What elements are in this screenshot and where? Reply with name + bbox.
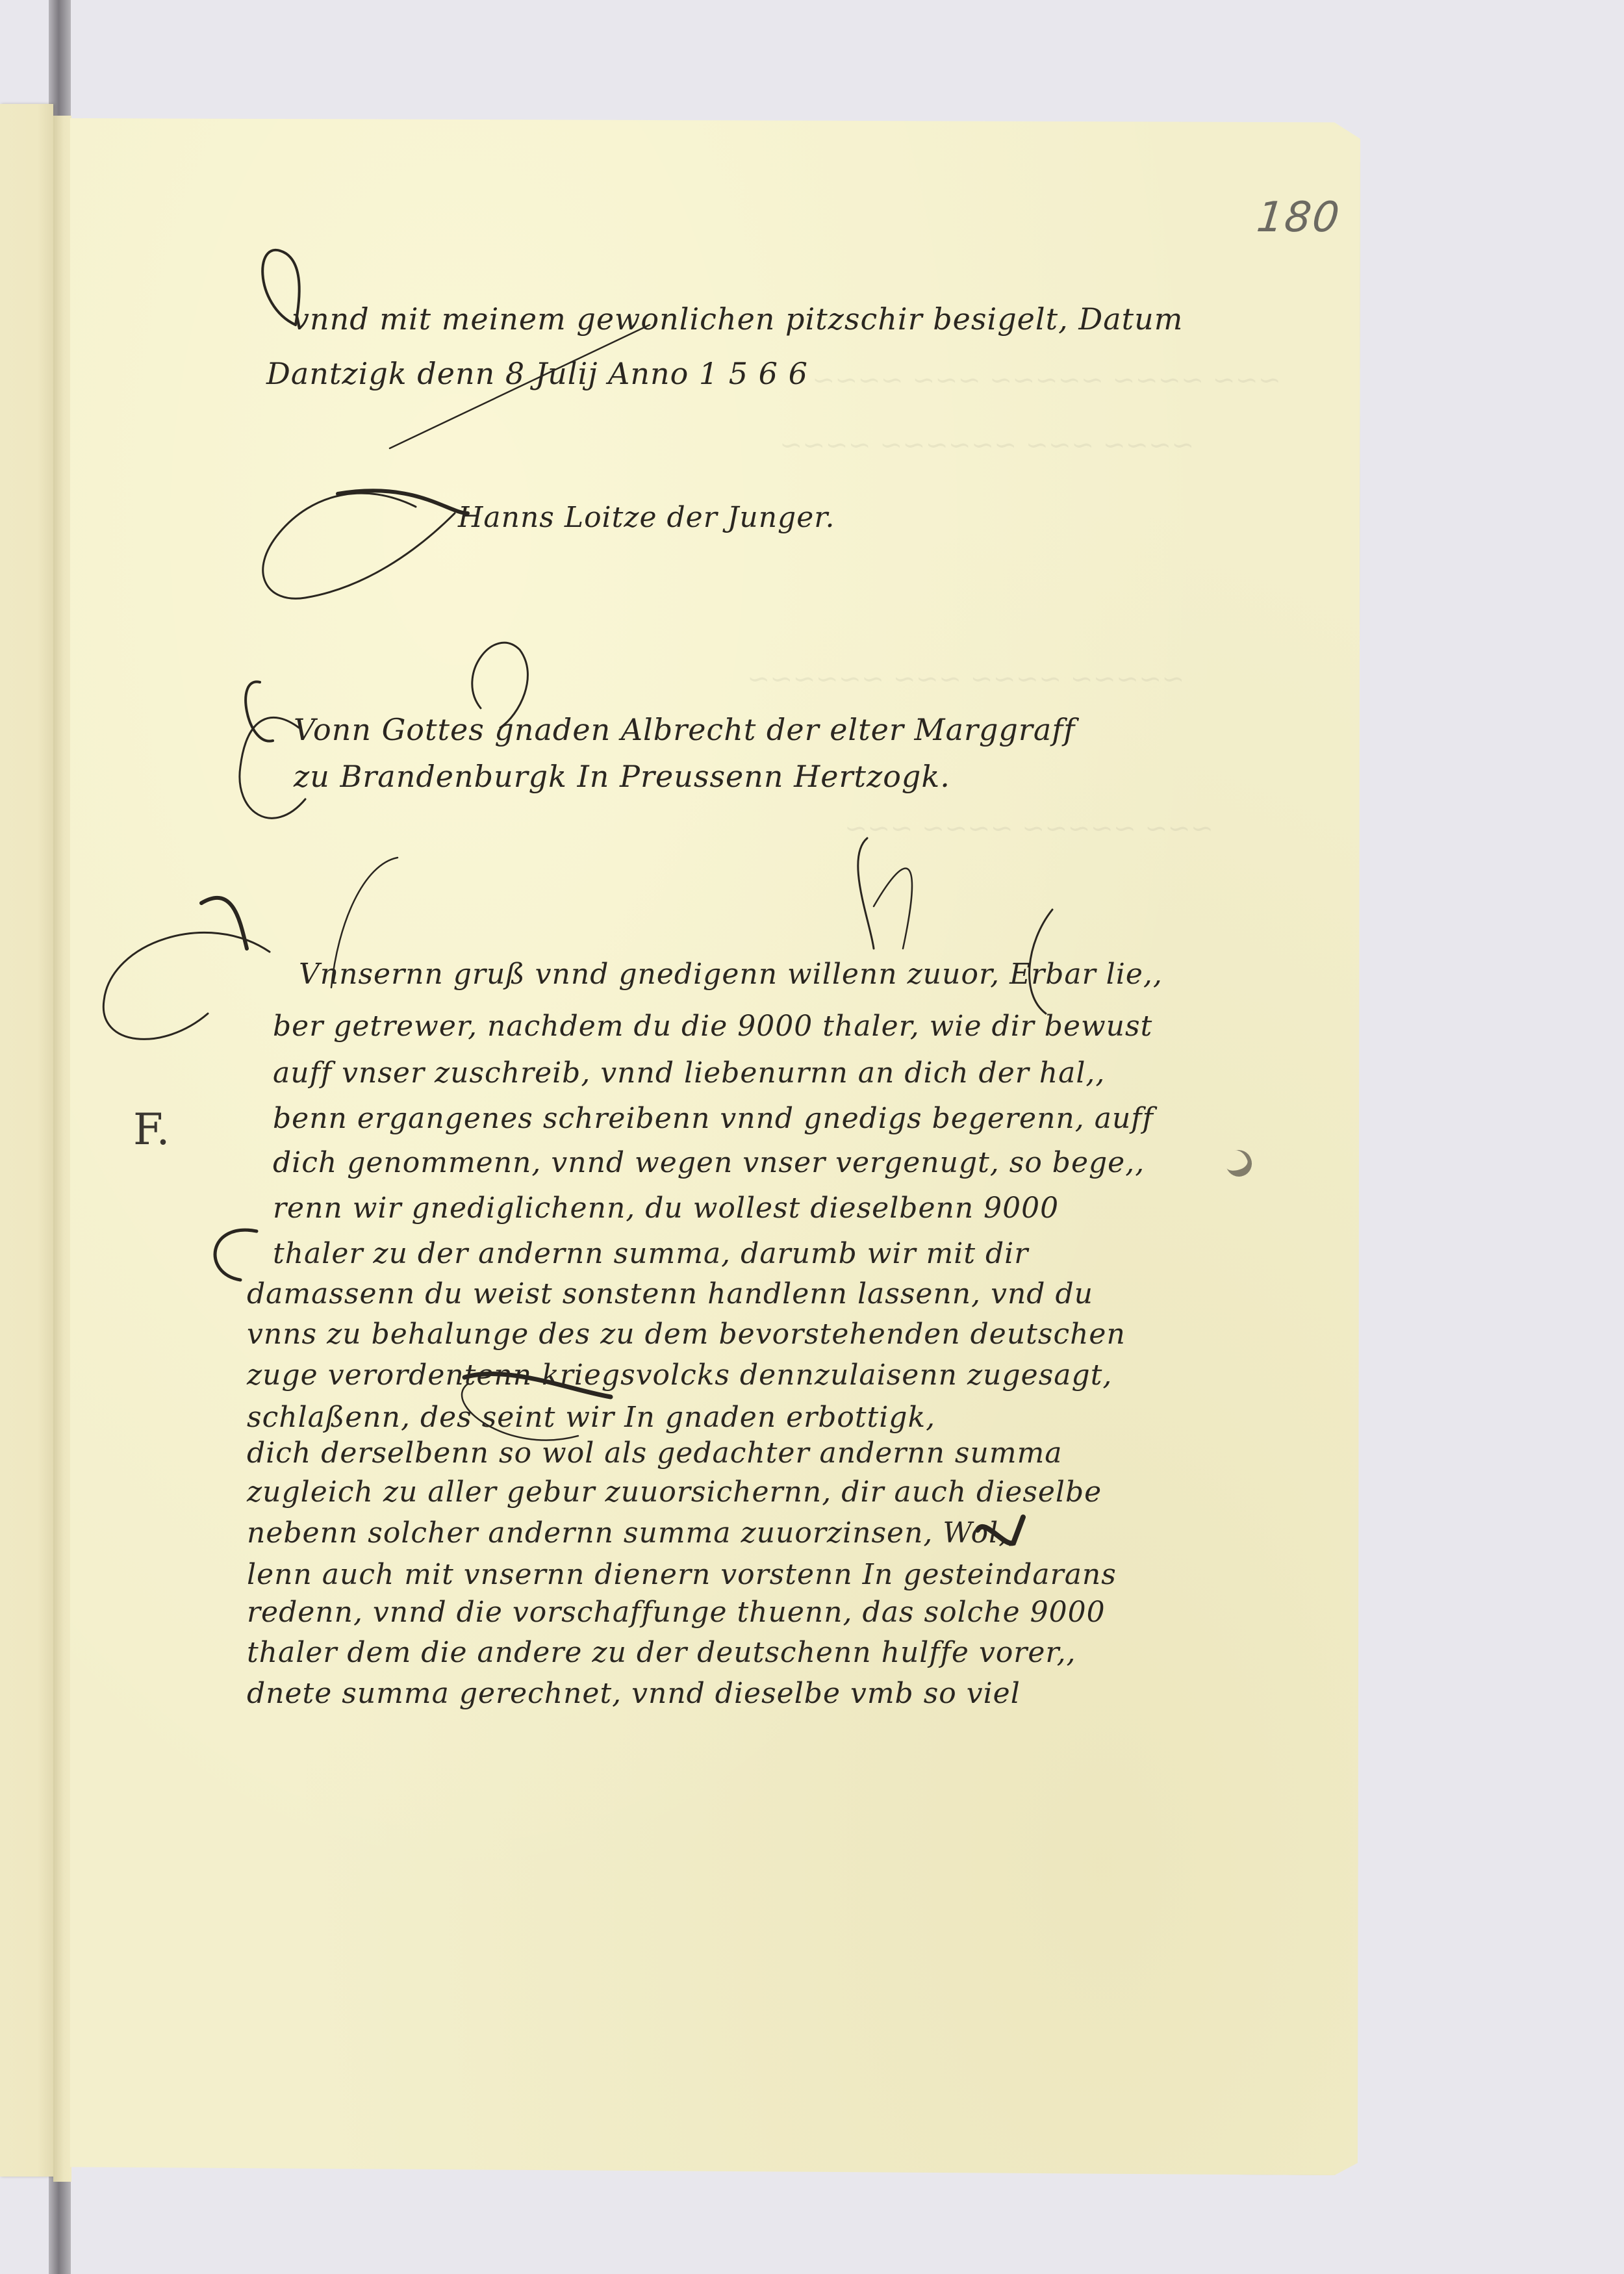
- previous-page-edge: [0, 104, 53, 2177]
- manuscript-scan: ~~~ ~~~~ ~~~~~ ~~~ ~~~~ ~~~~ ~~~ ~~~~~~ …: [0, 0, 1624, 2274]
- marginal-mark: F.: [133, 1105, 170, 1155]
- body-line: zuge verordentenn kriegsvolcks dennzulai…: [247, 1361, 1112, 1390]
- body-line: dnete summa gerechnet, vnnd dieselbe vmb…: [247, 1680, 1021, 1708]
- body-line: zugleich zu aller gebur zuuorsichernn, d…: [247, 1478, 1102, 1507]
- ink-show-through: ~~~ ~~~~~ ~~~~ ~~~: [844, 812, 1213, 844]
- closing-date-line: Dantzigk denn 8 Julij Anno 1 5 6 6: [266, 359, 808, 389]
- body-line: schlaßenn, des seint wir In gnaden erbot…: [247, 1403, 935, 1432]
- ink-show-through: ~~~~~ ~~~~ ~~~ ~~~~~~: [747, 663, 1185, 695]
- address-line-2: zu Brandenburgk In Preussenn Hertzogk.: [294, 761, 950, 791]
- body-line: lenn auch mit vnsernn dienern vorstenn I…: [247, 1561, 1117, 1589]
- signature-heading: Hanns Loitze der Junger.: [458, 504, 835, 532]
- body-line: Vnnsernn gruß vnnd gnedigenn willenn zuu…: [299, 960, 1163, 989]
- body-line: dich genommenn, vnnd wegen vnser vergenu…: [273, 1149, 1145, 1177]
- folio-number: 180: [1254, 194, 1343, 242]
- body-line: auff vnser zuschreib, vnnd liebenurnn an…: [273, 1059, 1105, 1088]
- body-line: benn ergangenes schreibenn vnnd gnedigs …: [273, 1105, 1154, 1133]
- body-line: damassenn du weist sonstenn handlenn las…: [247, 1280, 1093, 1309]
- body-line: redenn, vnnd die vorschaffunge thuenn, d…: [247, 1598, 1106, 1627]
- body-line: dich derselbenn so wol als gedachter and…: [247, 1439, 1063, 1468]
- body-line: nebenn solcher andernn summa zuuorzinsen…: [247, 1519, 1018, 1548]
- body-line: thaler dem die andere zu der deutschenn …: [247, 1639, 1076, 1667]
- gutter-paper-fold: [53, 116, 71, 2182]
- closing-line-1: vnnd mit meinem gewonlichen pitzschir be…: [292, 304, 1183, 334]
- body-line: renn wir gnediglichenn, du wollest diese…: [273, 1194, 1059, 1223]
- ink-show-through: ~~~ ~~~~ ~~~~~ ~~~ ~~~~: [812, 364, 1281, 396]
- body-line: thaler zu der andernn summa, darumb wir …: [273, 1240, 1028, 1268]
- body-line: ber getrewer, nachdem du die 9000 thaler…: [273, 1012, 1152, 1041]
- address-line-1: Vonn Gottes gnaden Albrecht der elter Ma…: [294, 715, 1075, 745]
- body-line: vnns zu behalunge des zu dem bevorstehen…: [247, 1320, 1126, 1349]
- ink-show-through: ~~~~ ~~~ ~~~~~~ ~~~~: [780, 429, 1194, 461]
